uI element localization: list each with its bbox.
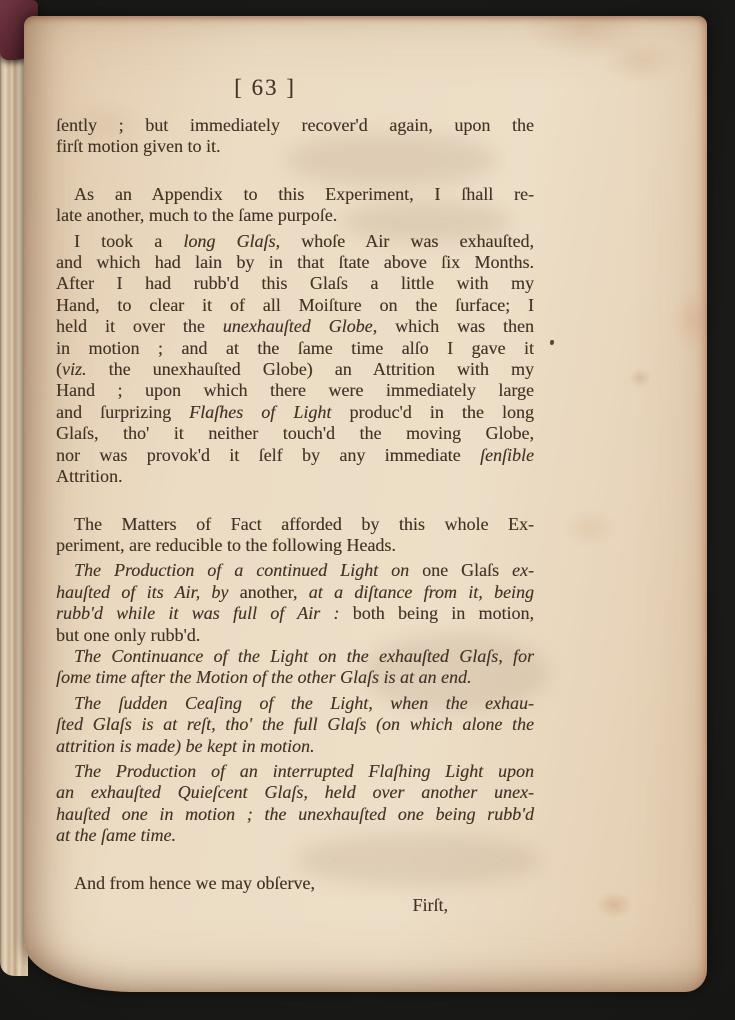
text-block: [ 63 ] ſently ; but immediately recover'… <box>56 73 534 916</box>
text-line: Hand ; upon which there were immediately… <box>56 380 534 401</box>
text-line: late another, much to the ſame purpoſe. <box>56 205 534 226</box>
roman-text: Hand ; upon which there were immediately… <box>56 380 534 400</box>
roman-text: As an Appendix to this Experiment, I ſha… <box>74 184 534 204</box>
text-line: Hand, to clear it of all Moiſture on the… <box>56 295 534 316</box>
text-line: Attrition. <box>56 466 534 487</box>
italic-text: hauſted one in motion ; the unexhauſted … <box>56 804 534 824</box>
text-line: Glaſs, tho' it neither touch'd the movin… <box>56 423 534 444</box>
paragraph: The Continuance of the Light on the exha… <box>56 646 534 689</box>
italic-text: Flaſhes of Light <box>189 402 331 422</box>
roman-text: And from hence we may obſerve, <box>74 873 315 893</box>
roman-text: but one only rubb'd. <box>56 625 200 645</box>
roman-text: the unexhauſted Globe) an Attrition with… <box>87 359 535 379</box>
text-line: The ſudden Ceaſing of the Light, when th… <box>56 693 534 714</box>
text-line: rubb'd while it was full of Air : both b… <box>56 603 534 624</box>
text-line: (viz. the unexhauſted Globe) an Attritio… <box>56 359 534 380</box>
book-page: [ 63 ] ſently ; but immediately recover'… <box>24 16 707 992</box>
roman-text: another, <box>240 582 309 602</box>
italic-text: unexhauſted Globe <box>223 316 373 336</box>
roman-text: ſently ; but immediately recover'd again… <box>56 115 534 135</box>
text-line: ſome time after the Motion of the other … <box>56 667 534 688</box>
roman-text: periment, are reducible to the following… <box>56 535 396 555</box>
text-line: The Production of an interrupted Flaſhin… <box>56 761 534 782</box>
paragraph: And from hence we may obſerve, <box>56 873 534 894</box>
text-line: in motion ; and at the ſame time alſo I … <box>56 338 534 359</box>
text-line: held it over the unexhauſted Globe, whic… <box>56 316 534 337</box>
text-line: ſently ; but immediately recover'd again… <box>56 115 534 136</box>
catchword-line: Firſt, <box>56 895 534 916</box>
italic-text: The Continuance of the Light on the exha… <box>74 646 534 666</box>
text-line: at the ſame time. <box>56 825 534 846</box>
roman-text: held it over the <box>56 316 223 336</box>
page-number: [ 63 ] <box>26 73 504 103</box>
paragraph: The Production of an interrupted Flaſhin… <box>56 761 534 847</box>
roman-text: Attrition. <box>56 466 123 486</box>
text-line: And from hence we may obſerve, <box>56 873 534 894</box>
text-line: The Matters of Fact afforded by this who… <box>56 514 534 535</box>
text-line: periment, are reducible to the following… <box>56 535 534 556</box>
roman-text: Hand, to clear it of all Moiſture on the… <box>56 295 534 315</box>
italic-text: at the ſame time. <box>56 825 176 845</box>
roman-text: in motion ; and at the ſame time alſo I … <box>56 338 534 358</box>
text-line: firſt motion given to it. <box>56 136 534 157</box>
italic-text: ſome time after the Motion of the other … <box>56 667 471 687</box>
text-line: hauſted one in motion ; the unexhauſted … <box>56 804 534 825</box>
roman-text: , whoſe Air was exhauſted, <box>276 231 534 251</box>
italic-text: hauſted of its Air, by <box>56 582 240 602</box>
italic-text: ſted Glaſs is at reſt, tho' the full Gla… <box>56 714 534 734</box>
roman-text: The Matters of Fact afforded by this who… <box>74 514 534 534</box>
text-line: After I had rubb'd this Glaſs a little w… <box>56 273 534 294</box>
text-line: but one only rubb'd. <box>56 625 534 646</box>
text-line: ſted Glaſs is at reſt, tho' the full Gla… <box>56 714 534 735</box>
text-line: As an Appendix to this Experiment, I ſha… <box>56 184 534 205</box>
italic-text: ſenſible <box>480 445 534 465</box>
roman-text: and which had lain by in that ſtate abov… <box>56 252 534 272</box>
italic-text: at a diſtance from it, being <box>309 582 534 602</box>
photo-background: { "header": { "page_number": "[ 63 ]" },… <box>0 0 735 1020</box>
italic-text: long Glaſs <box>183 231 275 251</box>
text-line: I took a long Glaſs, whoſe Air was exhau… <box>56 231 534 252</box>
italic-text: The ſudden Ceaſing of the Light, when th… <box>74 693 534 713</box>
ink-speck <box>550 340 554 345</box>
paragraph: As an Appendix to this Experiment, I ſha… <box>56 184 534 227</box>
paragraph: I took a long Glaſs, whoſe Air was exhau… <box>56 231 534 488</box>
roman-text: I took a <box>74 231 183 251</box>
roman-text: and ſurprizing <box>56 402 189 422</box>
roman-text: , which was then <box>373 316 534 336</box>
italic-text: an exhauſted Quieſcent Glaſs, held over … <box>56 782 534 802</box>
paragraph: ſently ; but immediately recover'd again… <box>56 115 534 158</box>
roman-text: late another, much to the ſame purpoſe. <box>56 205 337 225</box>
roman-text: firſt motion given to it. <box>56 136 221 156</box>
roman-text: Glaſs, tho' it neither touch'd the movin… <box>56 423 534 443</box>
paragraph: The Matters of Fact afforded by this who… <box>56 514 534 557</box>
italic-text: rubb'd while it was full of Air : <box>56 603 353 623</box>
roman-text: produc'd in the long <box>331 402 534 422</box>
text-line: The Continuance of the Light on the exha… <box>56 646 534 667</box>
italic-text: ex- <box>512 560 534 580</box>
paragraph: The ſudden Ceaſing of the Light, when th… <box>56 693 534 757</box>
text-line: nor was provok'd it ſelf by any immediat… <box>56 445 534 466</box>
roman-text: both being in motion, <box>353 603 534 623</box>
text-line: and which had lain by in that ſtate abov… <box>56 252 534 273</box>
roman-text: nor was provok'd it ſelf by any immediat… <box>56 445 480 465</box>
text-line: an exhauſted Quieſcent Glaſs, held over … <box>56 782 534 803</box>
text-line: hauſted of its Air, by another, at a diſ… <box>56 582 534 603</box>
text-line: and ſurprizing Flaſhes of Light produc'd… <box>56 402 534 423</box>
roman-text: one Glaſs <box>422 560 512 580</box>
text-line: attrition is made) be kept in motion. <box>56 736 534 757</box>
paragraph: The Production of a continued Light on o… <box>56 560 534 646</box>
italic-text: The Production of an interrupted Flaſhin… <box>74 761 534 781</box>
italic-text: attrition is made) be kept in motion. <box>56 736 314 756</box>
roman-text: After I had rubb'd this Glaſs a little w… <box>56 273 534 293</box>
italic-text: The Production of a continued Light on <box>74 560 422 580</box>
text-line: The Production of a continued Light on o… <box>56 560 534 581</box>
italic-text: viz. <box>62 359 87 379</box>
